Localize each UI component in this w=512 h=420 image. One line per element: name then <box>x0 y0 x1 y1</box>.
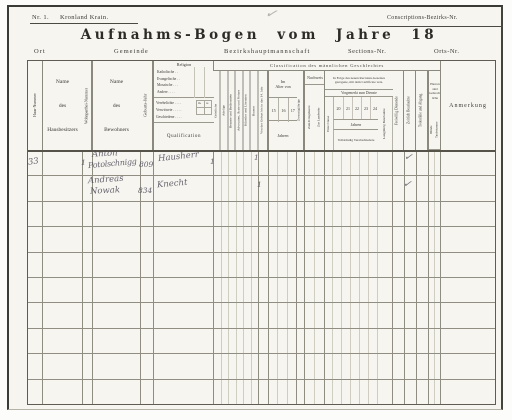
mini-grid-line <box>197 107 211 108</box>
grid-line <box>28 328 495 329</box>
col-zeitlich-beurlaubte: Zeitlich Beurlaubte <box>404 71 416 150</box>
age-box: Im Alter von 15 16 17 Jahren <box>268 71 296 150</box>
orts-nr-label: Orts-Nr. <box>434 48 459 55</box>
col-erste-classe: Erste Classe <box>325 97 333 150</box>
infirm-box: Hievon sind Gebrech- liche Blinde Taubst… <box>428 71 440 150</box>
col-langjaehrig-beurlaubte: Langjährig Beurlaubte <box>378 97 393 150</box>
service-year-cells: 20 21 22 23 24 <box>333 97 378 119</box>
civil-row: Verwitwete . . . . . <box>156 107 194 114</box>
religion-title: Religion <box>154 62 214 67</box>
conscription-district-label: Conscriptions-Bezirks-Nr. <box>387 15 458 21</box>
class-col-adelige: Adelige <box>221 71 229 150</box>
mini-grid-w: w. <box>206 101 209 105</box>
col-zum-heere: Zum Kriegsheere <box>305 85 315 150</box>
year-23: 23 <box>361 97 370 119</box>
col-abgang: Todesfälle und Abgang <box>416 71 428 150</box>
form-number: Nr. 1. <box>32 14 49 21</box>
recruits-box: In Folge des neuen Recruten-Gesetzes gez… <box>324 71 392 150</box>
section-nr-label: Sections-Nr. <box>348 48 386 55</box>
religion-sub-block: Religion Katholische . . Evangelische . … <box>154 61 214 98</box>
year-20: 20 <box>334 97 343 119</box>
grid-line <box>28 302 495 303</box>
year-22: 22 <box>352 97 361 119</box>
header-rule-left <box>30 23 138 24</box>
kronland-label: Kronland Krain. <box>60 14 109 21</box>
verabschiedet-cell: Vollständig Verabschiedete <box>333 129 378 150</box>
civil-mini-grid: m. w. <box>196 100 212 115</box>
civil-rows: Verehelichte . . . . Verwitwete . . . . … <box>156 100 194 121</box>
year-21: 21 <box>343 97 352 119</box>
civil-status-block: Verehelichte . . . . Verwitwete . . . . … <box>154 98 214 123</box>
entry-wohnung-nr: 1 <box>81 158 86 167</box>
entry-row2-tally: 1 <box>257 180 262 189</box>
census-table: Haus-Nummer Name des Hausbesitzers Wohnp… <box>27 60 496 405</box>
gemeinde-label: Gemeinde <box>114 48 149 55</box>
classification-header: Classification des männlichen Geschlecht… <box>213 61 440 71</box>
grid-line <box>28 379 495 380</box>
entry-row2-checkmark: ✓ <box>402 178 412 190</box>
class-col-beamte: Beamte und Bedienstete <box>228 71 236 150</box>
grid-line <box>28 252 495 253</box>
mini-grid-m: m. <box>198 101 201 105</box>
entry-row1-tally2: 1 <box>254 153 259 162</box>
religion-rows: Katholische . . Evangelische . . Mosaisc… <box>157 69 211 95</box>
class-col-geistliche: Geistliche <box>213 71 221 150</box>
vorgemerkt-header: Vorgemerkt zum Dienste <box>325 89 393 97</box>
age-box-header: Im Alter von <box>269 71 297 97</box>
religion-divider <box>204 67 205 98</box>
entry-haus-nr: 33 <box>27 156 39 167</box>
col-header-haus-nummer: Haus-Nummer <box>28 61 42 150</box>
pencil-check-mark: ✓ <box>263 5 278 23</box>
civil-row: Geschiedene . . . . <box>156 114 194 121</box>
entry-row2-geburtsjahr: 834 <box>138 186 152 195</box>
grid-line <box>28 201 495 202</box>
scanned-census-form: Nr. 1. Kronland Krain. Conscriptions-Bez… <box>0 0 512 420</box>
age-cells: 15 16 17 <box>269 97 297 121</box>
col-geburt-bis-14: Von der Geburt bis in das 14. Jahr <box>258 71 268 150</box>
age-box-jahren: Jahren <box>269 121 297 150</box>
grid-line <box>28 277 495 278</box>
bezirk-label: Bezirkshauptmannschaft <box>224 48 310 55</box>
col-header-bewohner: Name des Bewohners <box>92 61 140 150</box>
class-col-advocaten: Advocaten, Ärzte und Notare <box>236 71 244 150</box>
religion-block: Religion Katholische . . Evangelische . … <box>153 61 213 150</box>
class-col-bauern: Bauern <box>251 71 259 150</box>
qualification-header: Qualification <box>154 123 214 150</box>
col-anmerkung: Anmerkung <box>440 61 495 150</box>
recruits-note: In Folge des neuen Recruten-Gesetzes gez… <box>325 71 393 89</box>
nachweis-header: Nachweis <box>305 71 325 85</box>
grid-line <box>28 353 495 354</box>
age-16: 16 <box>278 98 287 122</box>
entry-row1-tally1: 1 <box>210 157 215 166</box>
class-col-kuenstler: Künstler und Literaten <box>243 71 251 150</box>
age-15: 15 <box>269 98 278 122</box>
entry-row1-checkmark: ✓ <box>403 151 413 163</box>
religion-row: Andere . . . . <box>157 89 211 96</box>
col-header-hausbesitzer: Name des Hausbesitzers <box>42 61 82 150</box>
col-zwanzigjaehrige: Zwanzigjährige <box>296 71 304 150</box>
religion-divider <box>194 67 195 98</box>
service-jahren: Jahren <box>333 119 378 129</box>
col-header-wohnparthei: Wohnparthei-Nummer <box>82 61 92 150</box>
ort-label: Ort <box>34 48 46 55</box>
nachweis-box: Nachweis Zum Kriegsheere Zur Landwehr <box>304 71 324 150</box>
col-freiwillig: Freiwillig Dienende <box>392 71 404 150</box>
grid-line <box>28 226 495 227</box>
col-header-geburtsjahr: Geburts-Jahr <box>140 61 153 150</box>
entry-row2-zuname: Nowak <box>90 185 121 197</box>
page-title: Aufnahms-Bogen vom Jahre 18 <box>64 27 454 43</box>
civil-row: Verehelichte . . . . <box>156 100 194 107</box>
entry-row1-geburtsjahr: 809 <box>139 160 153 169</box>
paper-sheet: Nr. 1. Kronland Krain. Conscriptions-Bez… <box>7 5 503 410</box>
